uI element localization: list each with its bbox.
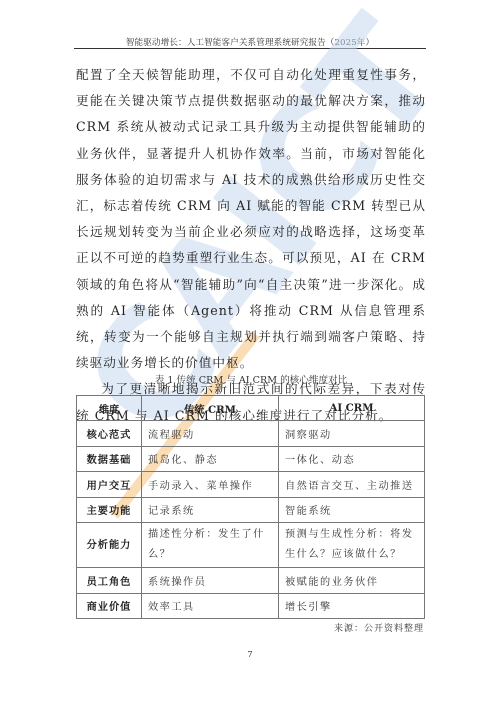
table-header-row: 维度 传统 CRM AI CRM bbox=[77, 396, 425, 421]
header-traditional-crm: 传统 CRM bbox=[142, 396, 279, 421]
header-dimension: 维度 bbox=[77, 396, 142, 421]
row-traditional: 描述性分析：发生了什么？ bbox=[142, 523, 279, 568]
row-traditional: 流程驱动 bbox=[142, 421, 279, 447]
paragraph-1: 配置了全天候智能助理，不仅可自动化处理重复性事务，更能在关键决策节点提供数据驱动… bbox=[76, 62, 426, 376]
row-ai: 智能系统 bbox=[279, 497, 425, 523]
page-number: 7 bbox=[0, 650, 500, 660]
row-traditional: 孤岛化、静态 bbox=[142, 446, 279, 472]
table-row: 用户交互 手动录入、菜单操作 自然语言交互、主动推送 bbox=[77, 472, 425, 498]
row-dimension: 核心范式 bbox=[77, 421, 142, 447]
row-traditional: 系统操作员 bbox=[142, 568, 279, 594]
table-row: 主要功能 记录系统 智能系统 bbox=[77, 497, 425, 523]
row-ai: 一体化、动态 bbox=[279, 446, 425, 472]
row-ai: 自然语言交互、主动推送 bbox=[279, 472, 425, 498]
table-row: 数据基础 孤岛化、静态 一体化、动态 bbox=[77, 446, 425, 472]
row-dimension: 数据基础 bbox=[77, 446, 142, 472]
row-dimension: 用户交互 bbox=[77, 472, 142, 498]
table-caption: 表 1 传统 CRM 与 AI CRM 的核心维度对比 bbox=[76, 372, 426, 386]
header-divider bbox=[74, 48, 426, 49]
row-traditional: 手动录入、菜单操作 bbox=[142, 472, 279, 498]
row-ai: 增长引擎 bbox=[279, 593, 425, 619]
table-row: 分析能力 描述性分析：发生了什么？ 预测与生成性分析：将发生什么？应该做什么？ bbox=[77, 523, 425, 568]
table-row: 员工角色 系统操作员 被赋能的业务伙伴 bbox=[77, 568, 425, 594]
comparison-table: 维度 传统 CRM AI CRM 核心范式 流程驱动 洞察驱动 数据基础 孤岛化… bbox=[76, 395, 425, 619]
row-traditional: 效率工具 bbox=[142, 593, 279, 619]
row-ai: 预测与生成性分析：将发生什么？应该做什么？ bbox=[279, 523, 425, 568]
row-dimension: 主要功能 bbox=[77, 497, 142, 523]
row-dimension: 员工角色 bbox=[77, 568, 142, 594]
row-dimension: 分析能力 bbox=[77, 523, 142, 568]
table-source-note: 来源：公开资料整理 bbox=[76, 621, 424, 634]
table-row: 商业价值 效率工具 增长引擎 bbox=[77, 593, 425, 619]
row-ai: 洞察驱动 bbox=[279, 421, 425, 447]
row-traditional: 记录系统 bbox=[142, 497, 279, 523]
running-header: 智能驱动增长：人工智能客户关系管理系统研究报告（2025年） bbox=[74, 36, 426, 48]
header-ai-crm: AI CRM bbox=[279, 396, 425, 421]
row-dimension: 商业价值 bbox=[77, 593, 142, 619]
table-row: 核心范式 流程驱动 洞察驱动 bbox=[77, 421, 425, 447]
row-ai: 被赋能的业务伙伴 bbox=[279, 568, 425, 594]
